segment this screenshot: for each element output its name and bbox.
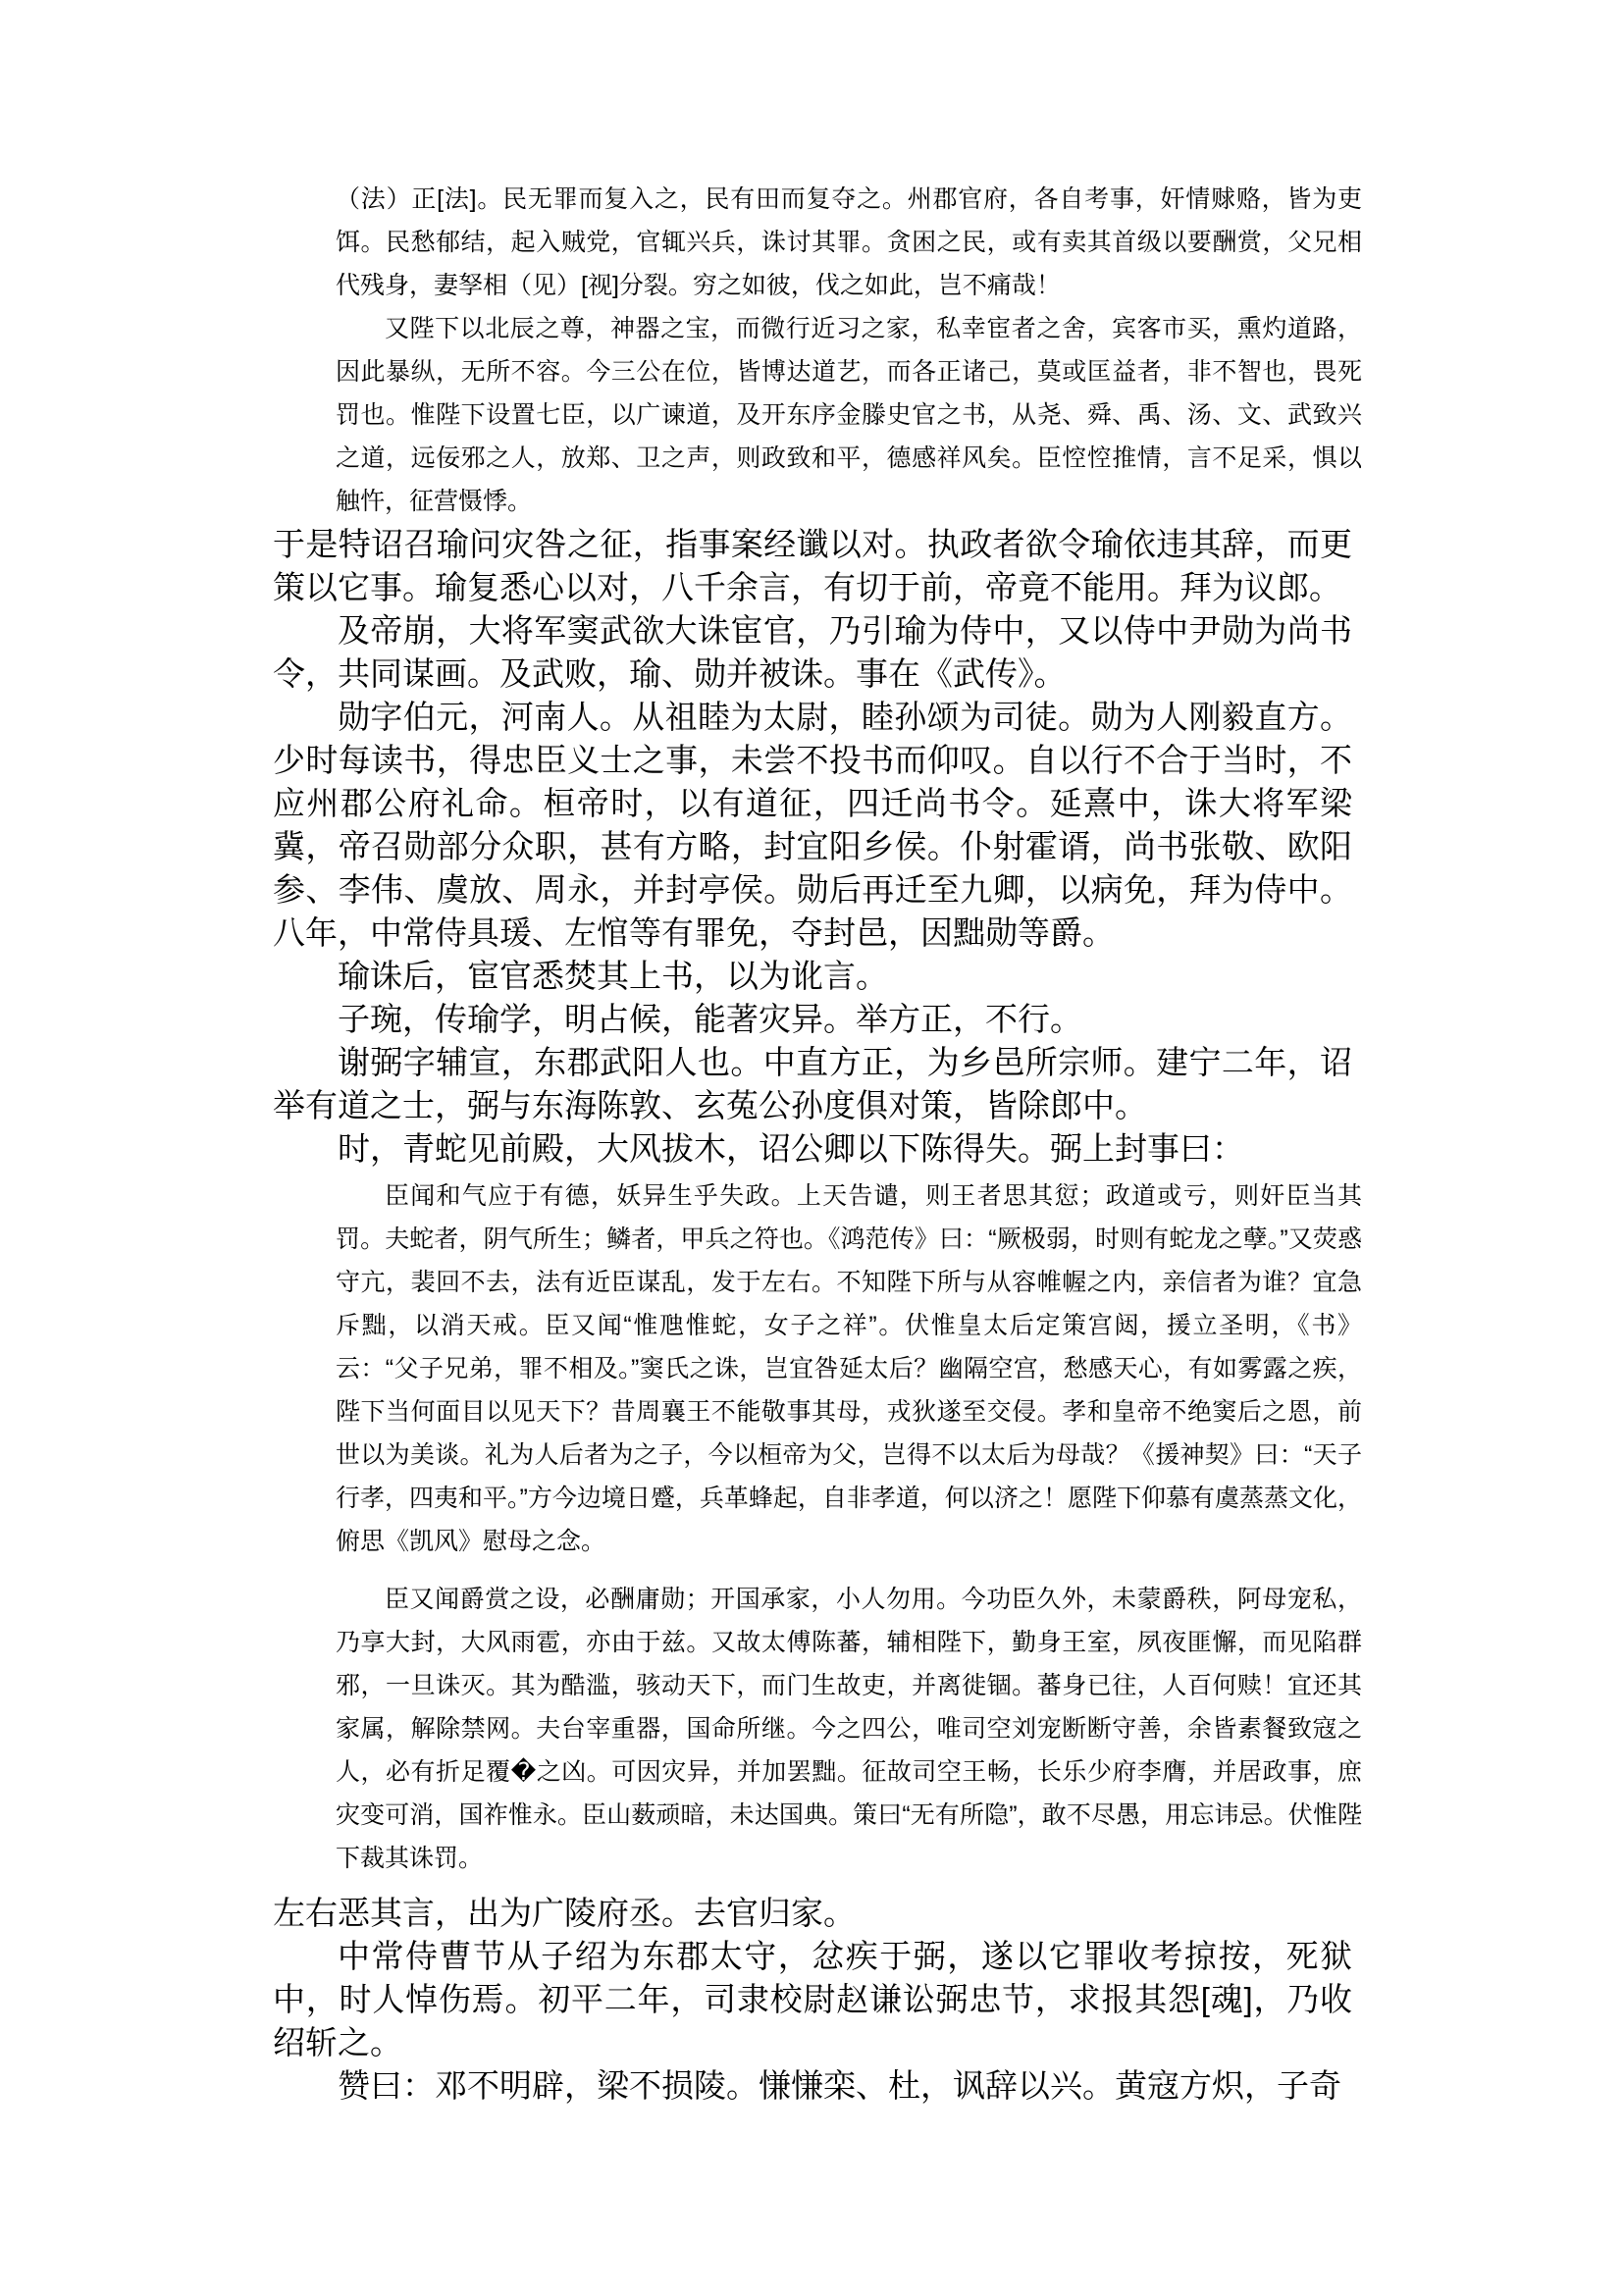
body-paragraph: 左右恶其言，出为广陵府丞。去官归家。: [273, 1892, 1352, 1935]
body-paragraph: 及帝崩，大将军窦武欲大诛宦官，乃引瑜为侍中，又以侍中尹勋为尚书令，共同谋画。及武…: [273, 609, 1352, 696]
narrative-block-2: 左右恶其言，出为广陵府丞。去官归家。 中常侍曹节从子绍为东郡太守，忿疾于弼，遂以…: [273, 1892, 1352, 2108]
body-paragraph: 中常侍曹节从子绍为东郡太守，忿疾于弼，遂以它罪收考掠按，死狱中，时人悼伤焉。初平…: [273, 1935, 1352, 2064]
body-paragraph: 谢弼字辅宣，东郡武阳人也。中直方正，为乡邑所宗师。建宁二年，诏举有道之士，弼与东…: [273, 1041, 1352, 1127]
body-paragraph: 时，青蛇见前殿，大风拔木，诏公卿以下陈得失。弼上封事曰：: [273, 1127, 1352, 1171]
quote-paragraph: 臣闻和气应于有德，妖异生乎失政。上天告谴，则王者思其愆；政道或亏，则奸臣当其罚。…: [336, 1174, 1362, 1563]
memorial-quote-block-1: （法）正[法]。民无罪而复入之，民有田而复夺之。州郡官府，各自考事，奸情赇赂，皆…: [336, 178, 1362, 523]
body-paragraph: 于是特诏召瑜问灾咎之征，指事案经谶以对。执政者欲令瑜依违其辞，而更策以它事。瑜复…: [273, 523, 1352, 609]
text-content: （法）正[法]。民无罪而复入之，民有田而复夺之。州郡官府，各自考事，奸情赇赂，皆…: [273, 178, 1352, 2108]
quote-paragraph: （法）正[法]。民无罪而复入之，民有田而复夺之。州郡官府，各自考事，奸情赇赂，皆…: [336, 178, 1362, 307]
memorial-quote-block-2: 臣闻和气应于有德，妖异生乎失政。上天告谴，则王者思其愆；政道或亏，则奸臣当其罚。…: [336, 1174, 1362, 1880]
body-paragraph: 瑜诛后，宦官悉焚其上书，以为讹言。: [273, 955, 1352, 998]
document-page: （法）正[法]。民无罪而复入之，民有田而复夺之。州郡官府，各自考事，奸情赇赂，皆…: [0, 0, 1624, 2294]
quote-paragraph: 臣又闻爵赏之设，必酬庸勋；开国承家，小人勿用。今功臣久外，未蒙爵秩，阿母宠私，乃…: [336, 1578, 1362, 1880]
body-paragraph: 子琬，传瑜学，明占候，能著灾异。举方正，不行。: [273, 998, 1352, 1041]
quote-paragraph: 又陛下以北辰之尊，神器之宝，而微行近习之家，私幸宦者之舍，宾客市买，熏灼道路，因…: [336, 307, 1362, 523]
body-paragraph: 勋字伯元，河南人。从祖睦为太尉，睦孙颂为司徒。勋为人刚毅直方。少时每读书，得忠臣…: [273, 696, 1352, 955]
body-paragraph: 赞曰：邓不明辟，梁不损陵。慊慊栾、杜，讽辞以兴。黄寇方炽，子奇: [273, 2064, 1352, 2108]
narrative-block-1: 于是特诏召瑜问灾咎之征，指事案经谶以对。执政者欲令瑜依违其辞，而更策以它事。瑜复…: [273, 523, 1352, 1171]
